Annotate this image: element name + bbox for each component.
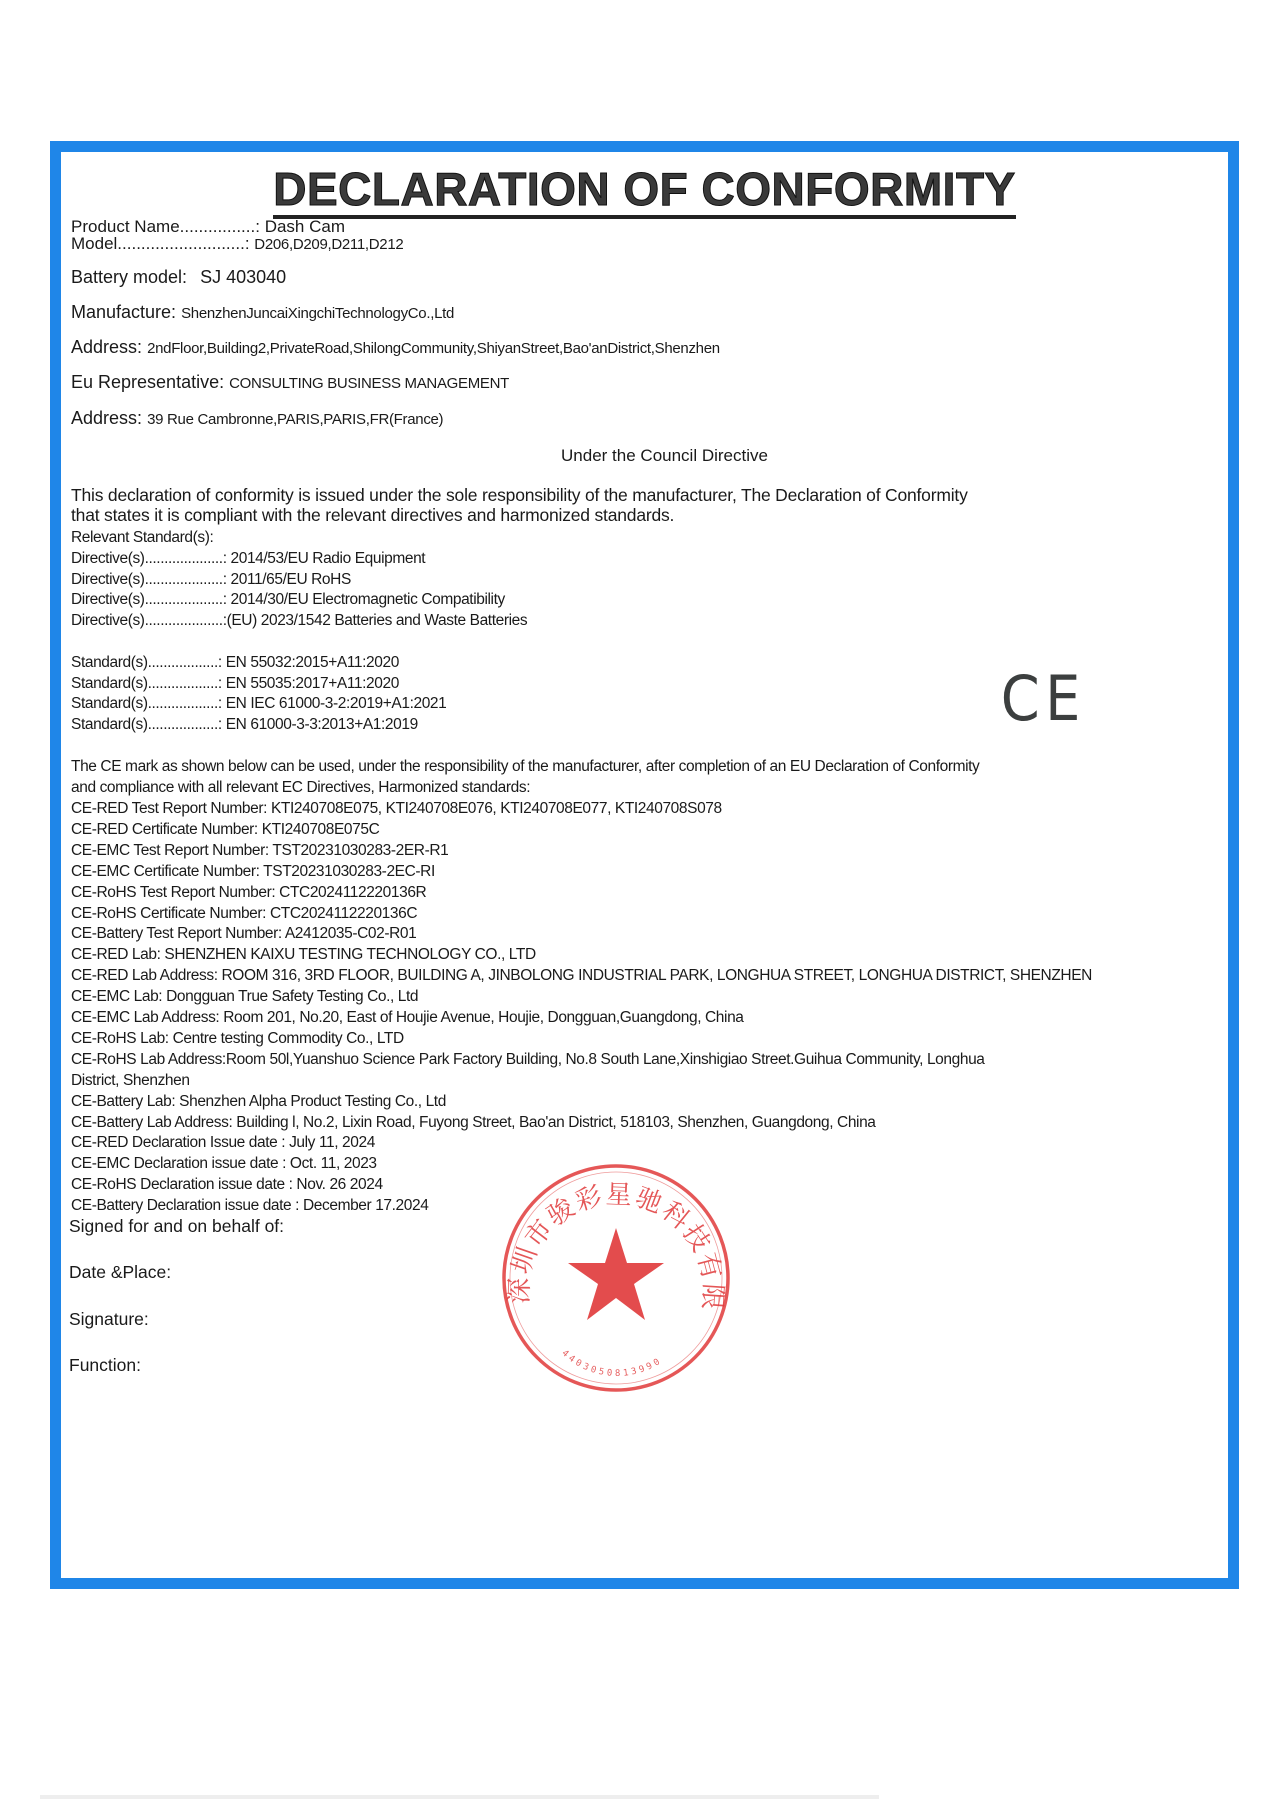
svg-text:4403050813990: 4403050813990 <box>560 1348 665 1379</box>
address-row: Address: 2ndFloor,Building2,PrivateRoad,… <box>71 337 720 358</box>
detail-line: CE-EMC Certificate Number: TST2023103028… <box>71 861 435 882</box>
directive-value: (EU) 2023/1542 Batteries and Waste Batte… <box>227 612 528 629</box>
detail-line: CE-RoHS Certificate Number: CTC202411222… <box>71 903 417 924</box>
standard-row: Standard(s)..................: EN IEC 61… <box>71 693 446 714</box>
eu-rep-value: CONSULTING BUSINESS MANAGEMENT <box>229 375 509 392</box>
detail-line: CE-Battery Lab Address: Building l, No.2… <box>71 1112 876 1133</box>
directive-label: Directive(s)....................: <box>71 591 227 608</box>
manufacture-row: Manufacture: ShenzhenJuncaiXingchiTechno… <box>71 302 454 323</box>
detail-line: CE-RED Lab Address: ROOM 316, 3RD FLOOR,… <box>71 965 1092 986</box>
directive-label: Directive(s)....................: <box>71 612 227 629</box>
eu-address-row: Address: 39 Rue Cambronne,PARIS,PARIS,FR… <box>71 408 443 429</box>
eu-rep-label: Eu Representative: <box>71 372 224 392</box>
manufacture-value: ShenzhenJuncaiXingchiTechnologyCo.,Ltd <box>181 305 454 322</box>
ce-mark-icon: CE <box>1001 662 1086 735</box>
standard-label: Standard(s)..................: <box>71 695 222 712</box>
eu-address-value: 39 Rue Cambronne,PARIS,PARIS,FR(France) <box>147 411 443 428</box>
directive-value: 2014/30/EU Electromagnetic Compatibility <box>227 591 505 608</box>
standard-value: EN 55032:2015+A11:2020 <box>222 654 399 671</box>
directive-row: Directive(s)....................: 2014/3… <box>71 589 505 610</box>
company-seal-stamp: 深圳市骏彩星驰科技有限公司 4403050813990 <box>498 1160 734 1396</box>
detail-line: CE-RED Test Report Number: KTI240708E075… <box>71 798 722 819</box>
signed-label: Signed for and on behalf of: <box>69 1216 284 1237</box>
manufacture-label: Manufacture: <box>71 302 176 322</box>
detail-line: CE-RED Declaration Issue date : July 11,… <box>71 1132 375 1153</box>
stamp-number: 4403050813990 <box>560 1348 665 1379</box>
star-icon <box>568 1228 664 1320</box>
intro-line-1: This declaration of conformity is issued… <box>71 485 968 506</box>
standard-value: EN 55035:2017+A11:2020 <box>222 675 399 692</box>
model-value: D206,D209,D211,D212 <box>254 236 403 253</box>
eu-address-label: Address: <box>71 408 142 428</box>
signature-label: Signature: <box>69 1309 149 1330</box>
page-bottom-shadow <box>40 1795 879 1799</box>
standard-label: Standard(s)..................: <box>71 675 222 692</box>
standard-value: EN IEC 61000-3-2:2019+A1:2021 <box>222 695 447 712</box>
detail-line: CE-Battery Test Report Number: A2412035-… <box>71 923 416 944</box>
product-name-value: Dash Cam <box>265 217 345 236</box>
model-label: Model...........................: <box>71 234 250 253</box>
directive-value: 2014/53/EU Radio Equipment <box>227 550 426 567</box>
standard-label: Standard(s)..................: <box>71 716 222 733</box>
standard-row: Standard(s)..................: EN 55032:… <box>71 652 399 673</box>
function-label: Function: <box>69 1355 141 1376</box>
detail-line: CE-EMC Lab Address: Room 201, No.20, Eas… <box>71 1007 744 1028</box>
detail-line: CE-EMC Lab: Dongguan True Safety Testing… <box>71 986 418 1007</box>
address-value: 2ndFloor,Building2,PrivateRoad,ShilongCo… <box>147 340 720 357</box>
council-heading: Under the Council Directive <box>61 446 1228 466</box>
standard-value: EN 61000-3-3:2013+A1:2019 <box>222 716 418 733</box>
detail-line: CE-Battery Declaration issue date : Dece… <box>71 1195 428 1216</box>
detail-line: CE-RoHS Lab: Centre testing Commodity Co… <box>71 1028 404 1049</box>
date-place-label: Date &Place: <box>69 1262 171 1283</box>
directive-label: Directive(s)....................: <box>71 571 227 588</box>
directive-label: Directive(s)....................: <box>71 550 227 567</box>
detail-line: CE-EMC Test Report Number: TST2023103028… <box>71 840 448 861</box>
directive-value: 2011/65/EU RoHS <box>227 571 351 588</box>
battery-row: Battery model: SJ 403040 <box>71 267 286 288</box>
relevant-standards-label: Relevant Standard(s): <box>71 527 213 548</box>
product-name-row: Product Name................: Dash Cam <box>71 218 345 235</box>
ce-para-line-2: and compliance with all relevant EC Dire… <box>71 777 530 798</box>
standard-row: Standard(s)..................: EN 55035:… <box>71 673 399 694</box>
standard-label: Standard(s)..................: <box>71 654 222 671</box>
eu-rep-row: Eu Representative: CONSULTING BUSINESS M… <box>71 372 509 393</box>
battery-value: SJ 403040 <box>200 267 286 287</box>
detail-line: CE-Battery Lab: Shenzhen Alpha Product T… <box>71 1091 446 1112</box>
detail-line: CE-RED Lab: SHENZHEN KAIXU TESTING TECHN… <box>71 944 536 965</box>
battery-label: Battery model: <box>71 267 187 287</box>
directive-row: Directive(s)....................: 2014/5… <box>71 548 425 569</box>
ce-para-line-1: The CE mark as shown below can be used, … <box>71 756 979 777</box>
standard-row: Standard(s)..................: EN 61000-… <box>71 714 418 735</box>
detail-line: CE-RoHS Declaration issue date : Nov. 26… <box>71 1174 383 1195</box>
intro-line-2: that states it is compliant with the rel… <box>71 505 674 526</box>
directive-row: Directive(s)....................:(EU) 20… <box>71 610 527 631</box>
address-label: Address: <box>71 337 142 357</box>
detail-line: District, Shenzhen <box>71 1070 190 1091</box>
model-row: Model...........................: D206,D… <box>71 235 403 253</box>
directive-row: Directive(s)....................: 2011/6… <box>71 569 351 590</box>
detail-line: CE-EMC Declaration issue date : Oct. 11,… <box>71 1153 377 1174</box>
detail-line: CE-RoHS Test Report Number: CTC202411222… <box>71 882 426 903</box>
detail-line: CE-RoHS Lab Address:Room 50l,Yuanshuo Sc… <box>71 1049 985 1070</box>
document-title: DECLARATION OF CONFORMITY <box>61 162 1228 216</box>
detail-line: CE-RED Certificate Number: KTI240708E075… <box>71 819 379 840</box>
